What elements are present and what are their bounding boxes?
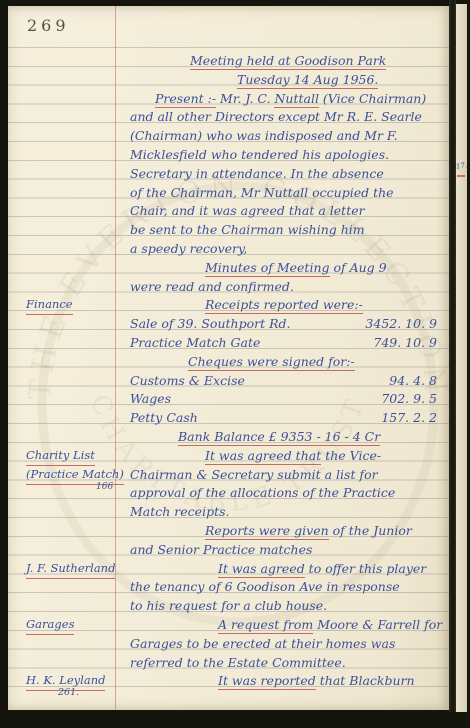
line-text: Reports were given of the Junior <box>205 522 412 539</box>
minute-book-page: THE EVERTON COLLECTION CHARITABLE TRUST … <box>8 6 449 710</box>
line-text: to his request for a club house. <box>130 597 327 614</box>
line-text: It was agreed that the Vice- <box>205 447 381 464</box>
line-text: referred to the Estate Committee. <box>130 654 346 671</box>
line-text: Sale of 39. Southport Rd. <box>130 315 290 332</box>
handwritten-line: Charity ListIt was agreed that the Vice- <box>8 447 449 466</box>
handwritten-line: and Senior Practice matches <box>8 541 449 560</box>
handwritten-line: be sent to the Chairman wishing him <box>8 221 449 240</box>
line-text: A request from Moore & Farrell for <box>218 616 442 633</box>
handwritten-line: 166approval of the allocations of the Pr… <box>8 484 449 503</box>
line-text: Secretary in attendance. In the absence <box>130 165 384 182</box>
line-text: a speedy recovery, <box>130 240 247 257</box>
line-text: were read and confirmed. <box>130 278 294 295</box>
handwritten-line: J. F. SutherlandIt was agreed to offer t… <box>8 560 449 579</box>
handwritten-line: Customs & Excise94. 4. 8 <box>8 372 449 391</box>
handwritten-line: Secretary in attendance. In the absence <box>8 165 449 184</box>
amount-value: 3452. 10. 9 <box>365 315 437 332</box>
handwritten-line: Practice Match Gate749. 10. 9 <box>8 334 449 353</box>
handwritten-line: Meeting held at Goodison Park <box>8 52 449 71</box>
line-text: and Senior Practice matches <box>130 541 312 558</box>
line-text: Present :- Mr. J. C. Nuttall (Vice Chair… <box>155 90 426 107</box>
line-text: Meeting held at Goodison Park <box>190 52 386 69</box>
handwritten-line: Reports were given of the Junior <box>8 522 449 541</box>
line-text: It was agreed to offer this player <box>218 560 426 577</box>
line-text: the tenancy of 6 Goodison Ave in respons… <box>130 578 400 595</box>
line-text: Tuesday 14 Aug 1956. <box>237 71 378 88</box>
line-text: Micklesfield who tendered his apologies. <box>130 146 389 163</box>
handwritten-line: Wages702. 9. 5 <box>8 390 449 409</box>
amount-value: 749. 10. 9 <box>373 334 437 351</box>
handwritten-line: a speedy recovery, <box>8 240 449 259</box>
handwritten-line: (Chairman) who was indisposed and Mr F. <box>8 127 449 146</box>
facing-page-edge: 17. <box>456 4 467 712</box>
handwritten-line: FinanceReceipts reported were:- <box>8 296 449 315</box>
facing-page-margin-note: 17. <box>455 161 467 171</box>
handwritten-line: Tuesday 14 Aug 1956. <box>8 71 449 90</box>
margin-note: J. F. Sutherland <box>26 560 115 579</box>
line-text: Receipts reported were:- <box>205 296 363 313</box>
line-text: Chair, and it was agreed that a letter <box>130 202 365 219</box>
line-text: Customs & Excise <box>130 372 245 389</box>
handwritten-line: Minutes of Meeting of Aug 9 <box>8 259 449 278</box>
handwritten-line: Present :- Mr. J. C. Nuttall (Vice Chair… <box>8 90 449 109</box>
line-text: be sent to the Chairman wishing him <box>130 221 365 238</box>
line-text: Petty Cash <box>130 409 198 426</box>
page-gutter-shadow <box>449 0 456 712</box>
margin-note: Charity List <box>26 447 95 466</box>
amount-value: 702. 9. 5 <box>381 390 437 407</box>
handwritten-line: were read and confirmed. <box>8 278 449 297</box>
facing-page-red-mark <box>457 175 465 177</box>
line-text: Chairman & Secretary submit a list for <box>130 466 378 483</box>
page-number: 269 <box>27 16 70 35</box>
handwritten-line: Match receipts. <box>8 503 449 522</box>
margin-note: Garages <box>26 616 74 635</box>
handwritten-line: GaragesA request from Moore & Farrell fo… <box>8 616 449 635</box>
amount-value: 94. 4. 8 <box>389 372 437 389</box>
line-text: of the Chairman, Mr Nuttall occupied the <box>130 184 394 201</box>
line-text: Match receipts. <box>130 503 229 520</box>
handwritten-line: and all other Directors except Mr R. E. … <box>8 108 449 127</box>
handwritten-line: Garages to be erected at their homes was <box>8 635 449 654</box>
margin-note: 261. <box>58 684 79 701</box>
handwritten-line: Micklesfield who tendered his apologies. <box>8 146 449 165</box>
handwritten-line: Bank Balance £ 9353 - 16 - 4 Cr <box>8 428 449 447</box>
handwritten-line: 261. <box>8 691 449 710</box>
scanned-minute-book-photo: { "page": { "number": "269", "edge_note"… <box>0 0 470 728</box>
line-text: Practice Match Gate <box>130 334 260 351</box>
handwritten-line: referred to the Estate Committee. <box>8 654 449 673</box>
margin-note: Finance <box>26 296 73 315</box>
handwritten-line: the tenancy of 6 Goodison Ave in respons… <box>8 578 449 597</box>
handwritten-line: Cheques were signed for:- <box>8 353 449 372</box>
handwritten-line: (Practice Match)Chairman & Secretary sub… <box>8 466 449 485</box>
amount-value: 157. 2. 2 <box>381 409 437 426</box>
handwritten-line: Sale of 39. Southport Rd.3452. 10. 9 <box>8 315 449 334</box>
handwritten-line: to his request for a club house. <box>8 597 449 616</box>
line-text: approval of the allocations of the Pract… <box>130 484 395 501</box>
handwritten-line: Chair, and it was agreed that a letter <box>8 202 449 221</box>
line-text: Bank Balance £ 9353 - 16 - 4 Cr <box>178 428 380 445</box>
handwritten-line: Petty Cash157. 2. 2 <box>8 409 449 428</box>
line-text: Wages <box>130 390 171 407</box>
line-text: (Chairman) who was indisposed and Mr F. <box>130 127 398 144</box>
margin-note: 166 <box>96 479 113 496</box>
line-text: Minutes of Meeting of Aug 9 <box>205 259 387 276</box>
line-text: Garages to be erected at their homes was <box>130 635 395 652</box>
line-text: It was reported that Blackburn <box>218 672 415 689</box>
line-text: Cheques were signed for:- <box>188 353 355 370</box>
handwritten-line: of the Chairman, Mr Nuttall occupied the <box>8 184 449 203</box>
line-text: and all other Directors except Mr R. E. … <box>130 108 422 125</box>
